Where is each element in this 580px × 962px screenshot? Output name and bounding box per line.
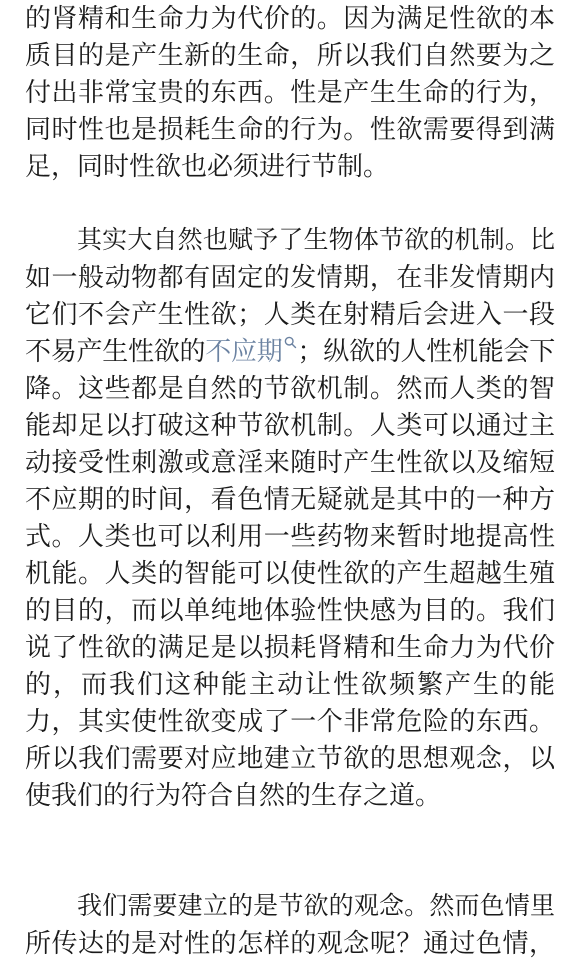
text-line: 使我们的行为符合自然的生存之道。 bbox=[25, 777, 555, 814]
paragraph: 我们需要建立的是节欲的观念。然而色情里所传达的是对性的怎样的观念呢？通过色情， bbox=[25, 888, 555, 962]
text-line: 降。这些都是自然的节欲机制。然而人类的智 bbox=[25, 370, 555, 407]
text-line: 动接受性刺激或意淫来随时产生性欲以及缩短 bbox=[25, 444, 555, 481]
article-body: 的肾精和生命力为代价的。因为满足性欲的本质目的是产生新的生命，所以我们自然要为之… bbox=[0, 0, 580, 962]
text-line: 说了性欲的满足是以损耗肾精和生命力为代价 bbox=[25, 629, 555, 666]
text-line: 的肾精和生命力为代价的。因为满足性欲的本 bbox=[25, 0, 555, 37]
text-line: 付出非常宝贵的东西。性是产生生命的行为， bbox=[25, 74, 555, 111]
text-line: 我们需要建立的是节欲的观念。然而色情里 bbox=[25, 888, 555, 925]
text-segment: ；纵欲的人性机能会下 bbox=[298, 336, 555, 366]
text-line: 同时性也是损耗生命的行为。性欲需要得到满 bbox=[25, 111, 555, 148]
text-line: 它们不会产生性欲；人类在射精后会进入一段 bbox=[25, 296, 555, 333]
search-icon[interactable] bbox=[284, 336, 297, 349]
text-line: 机能。人类的智能可以使性欲的产生超越生殖 bbox=[25, 555, 555, 592]
text-line: 质目的是产生新的生命，所以我们自然要为之 bbox=[25, 37, 555, 74]
text-line: 不应期的时间，看色情无疑就是其中的一种方 bbox=[25, 481, 555, 518]
text-line: 不易产生性欲的不应期；纵欲的人性机能会下 bbox=[25, 333, 555, 370]
text-line: 其实大自然也赋予了生物体节欲的机制。比 bbox=[25, 222, 555, 259]
text-line: 的，而我们这种能主动让性欲频繁产生的能 bbox=[25, 666, 555, 703]
text-line: 足，同时性欲也必须进行节制。 bbox=[25, 148, 555, 185]
text-line: 所以我们需要对应地建立节欲的思想观念，以 bbox=[25, 740, 555, 777]
entity-link[interactable]: 不应期 bbox=[205, 336, 282, 366]
text-line: 所传达的是对性的怎样的观念呢？通过色情， bbox=[25, 925, 555, 962]
text-segment: 不易产生性欲的 bbox=[25, 336, 205, 366]
text-line: 式。人类也可以利用一些药物来暂时地提高性 bbox=[25, 518, 555, 555]
text-line: 的目的，而以单纯地体验性快感为目的。我们 bbox=[25, 592, 555, 629]
paragraph: 其实大自然也赋予了生物体节欲的机制。比如一般动物都有固定的发情期，在非发情期内它… bbox=[25, 222, 555, 814]
paragraph: 的肾精和生命力为代价的。因为满足性欲的本质目的是产生新的生命，所以我们自然要为之… bbox=[25, 0, 555, 185]
text-line: 力，其实使性欲变成了一个非常危险的东西。 bbox=[25, 703, 555, 740]
text-line: 如一般动物都有固定的发情期，在非发情期内 bbox=[25, 259, 555, 296]
text-line: 能却足以打破这种节欲机制。人类可以通过主 bbox=[25, 407, 555, 444]
